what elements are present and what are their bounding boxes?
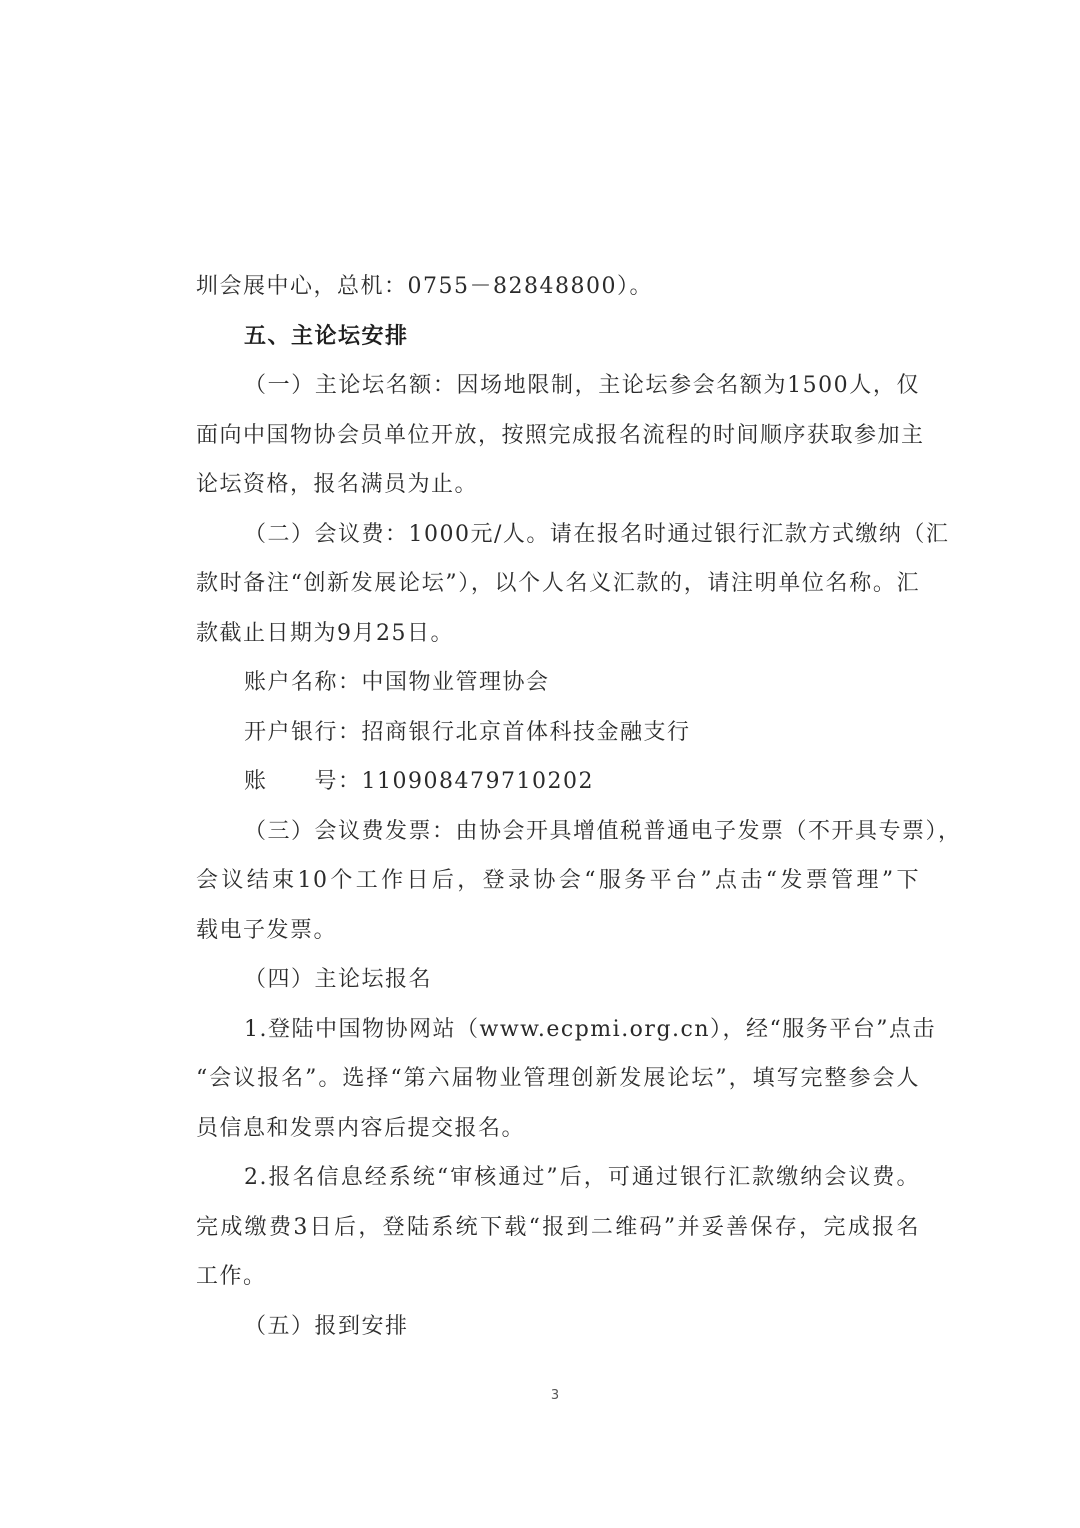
text-line: （三）会议费发票：由协会开具增值税普通电子发票（不开具专票）， [196,807,920,857]
text-line: 工作。 [196,1252,920,1302]
text-line: （二）会议费：1000元/人。请在报名时通过银行汇款方式缴纳（汇 [196,510,920,560]
text-line: 载电子发票。 [196,906,920,956]
subsection-heading: （五）报到安排 [196,1302,920,1352]
text-line: 员信息和发票内容后提交报名。 [196,1104,920,1154]
text-line: “会议报名”。选择“第六届物业管理创新发展论坛”，填写完整参会人 [196,1054,920,1104]
page-number: 3 [0,1388,1080,1403]
document-page: 圳会展中心，总机：0755－82848800）。 五、主论坛安排 （一）主论坛名… [0,0,1080,1528]
text-line: （一）主论坛名额：因场地限制，主论坛参会名额为1500人，仅 [196,361,920,411]
text-line: 会议结束10个工作日后，登录协会“服务平台”点击“发票管理”下 [196,856,920,906]
text-line: 论坛资格，报名满员为止。 [196,460,920,510]
account-number-line: 账 号：110908479710202 [196,757,920,807]
text-line: 圳会展中心，总机：0755－82848800）。 [196,262,920,312]
bank-name-line: 开户银行：招商银行北京首体科技金融支行 [196,708,920,758]
section-heading: 五、主论坛安排 [196,312,920,362]
text-line: 完成缴费3日后，登陆系统下载“报到二维码”并妥善保存，完成报名 [196,1203,920,1253]
subsection-heading: （四）主论坛报名 [196,955,920,1005]
text-line: 1.登陆中国物协网站（www.ecpmi.org.cn），经“服务平台”点击 [196,1005,920,1055]
text-line: 款时备注“创新发展论坛”），以个人名义汇款的，请注明单位名称。汇 [196,559,920,609]
text-line: 款截止日期为9月25日。 [196,609,920,659]
account-name-line: 账户名称：中国物业管理协会 [196,658,920,708]
document-body: 圳会展中心，总机：0755－82848800）。 五、主论坛安排 （一）主论坛名… [196,262,920,1351]
text-line: 2.报名信息经系统“审核通过”后，可通过银行汇款缴纳会议费。 [196,1153,920,1203]
text-line: 面向中国物协会员单位开放，按照完成报名流程的时间顺序获取参加主 [196,411,920,461]
